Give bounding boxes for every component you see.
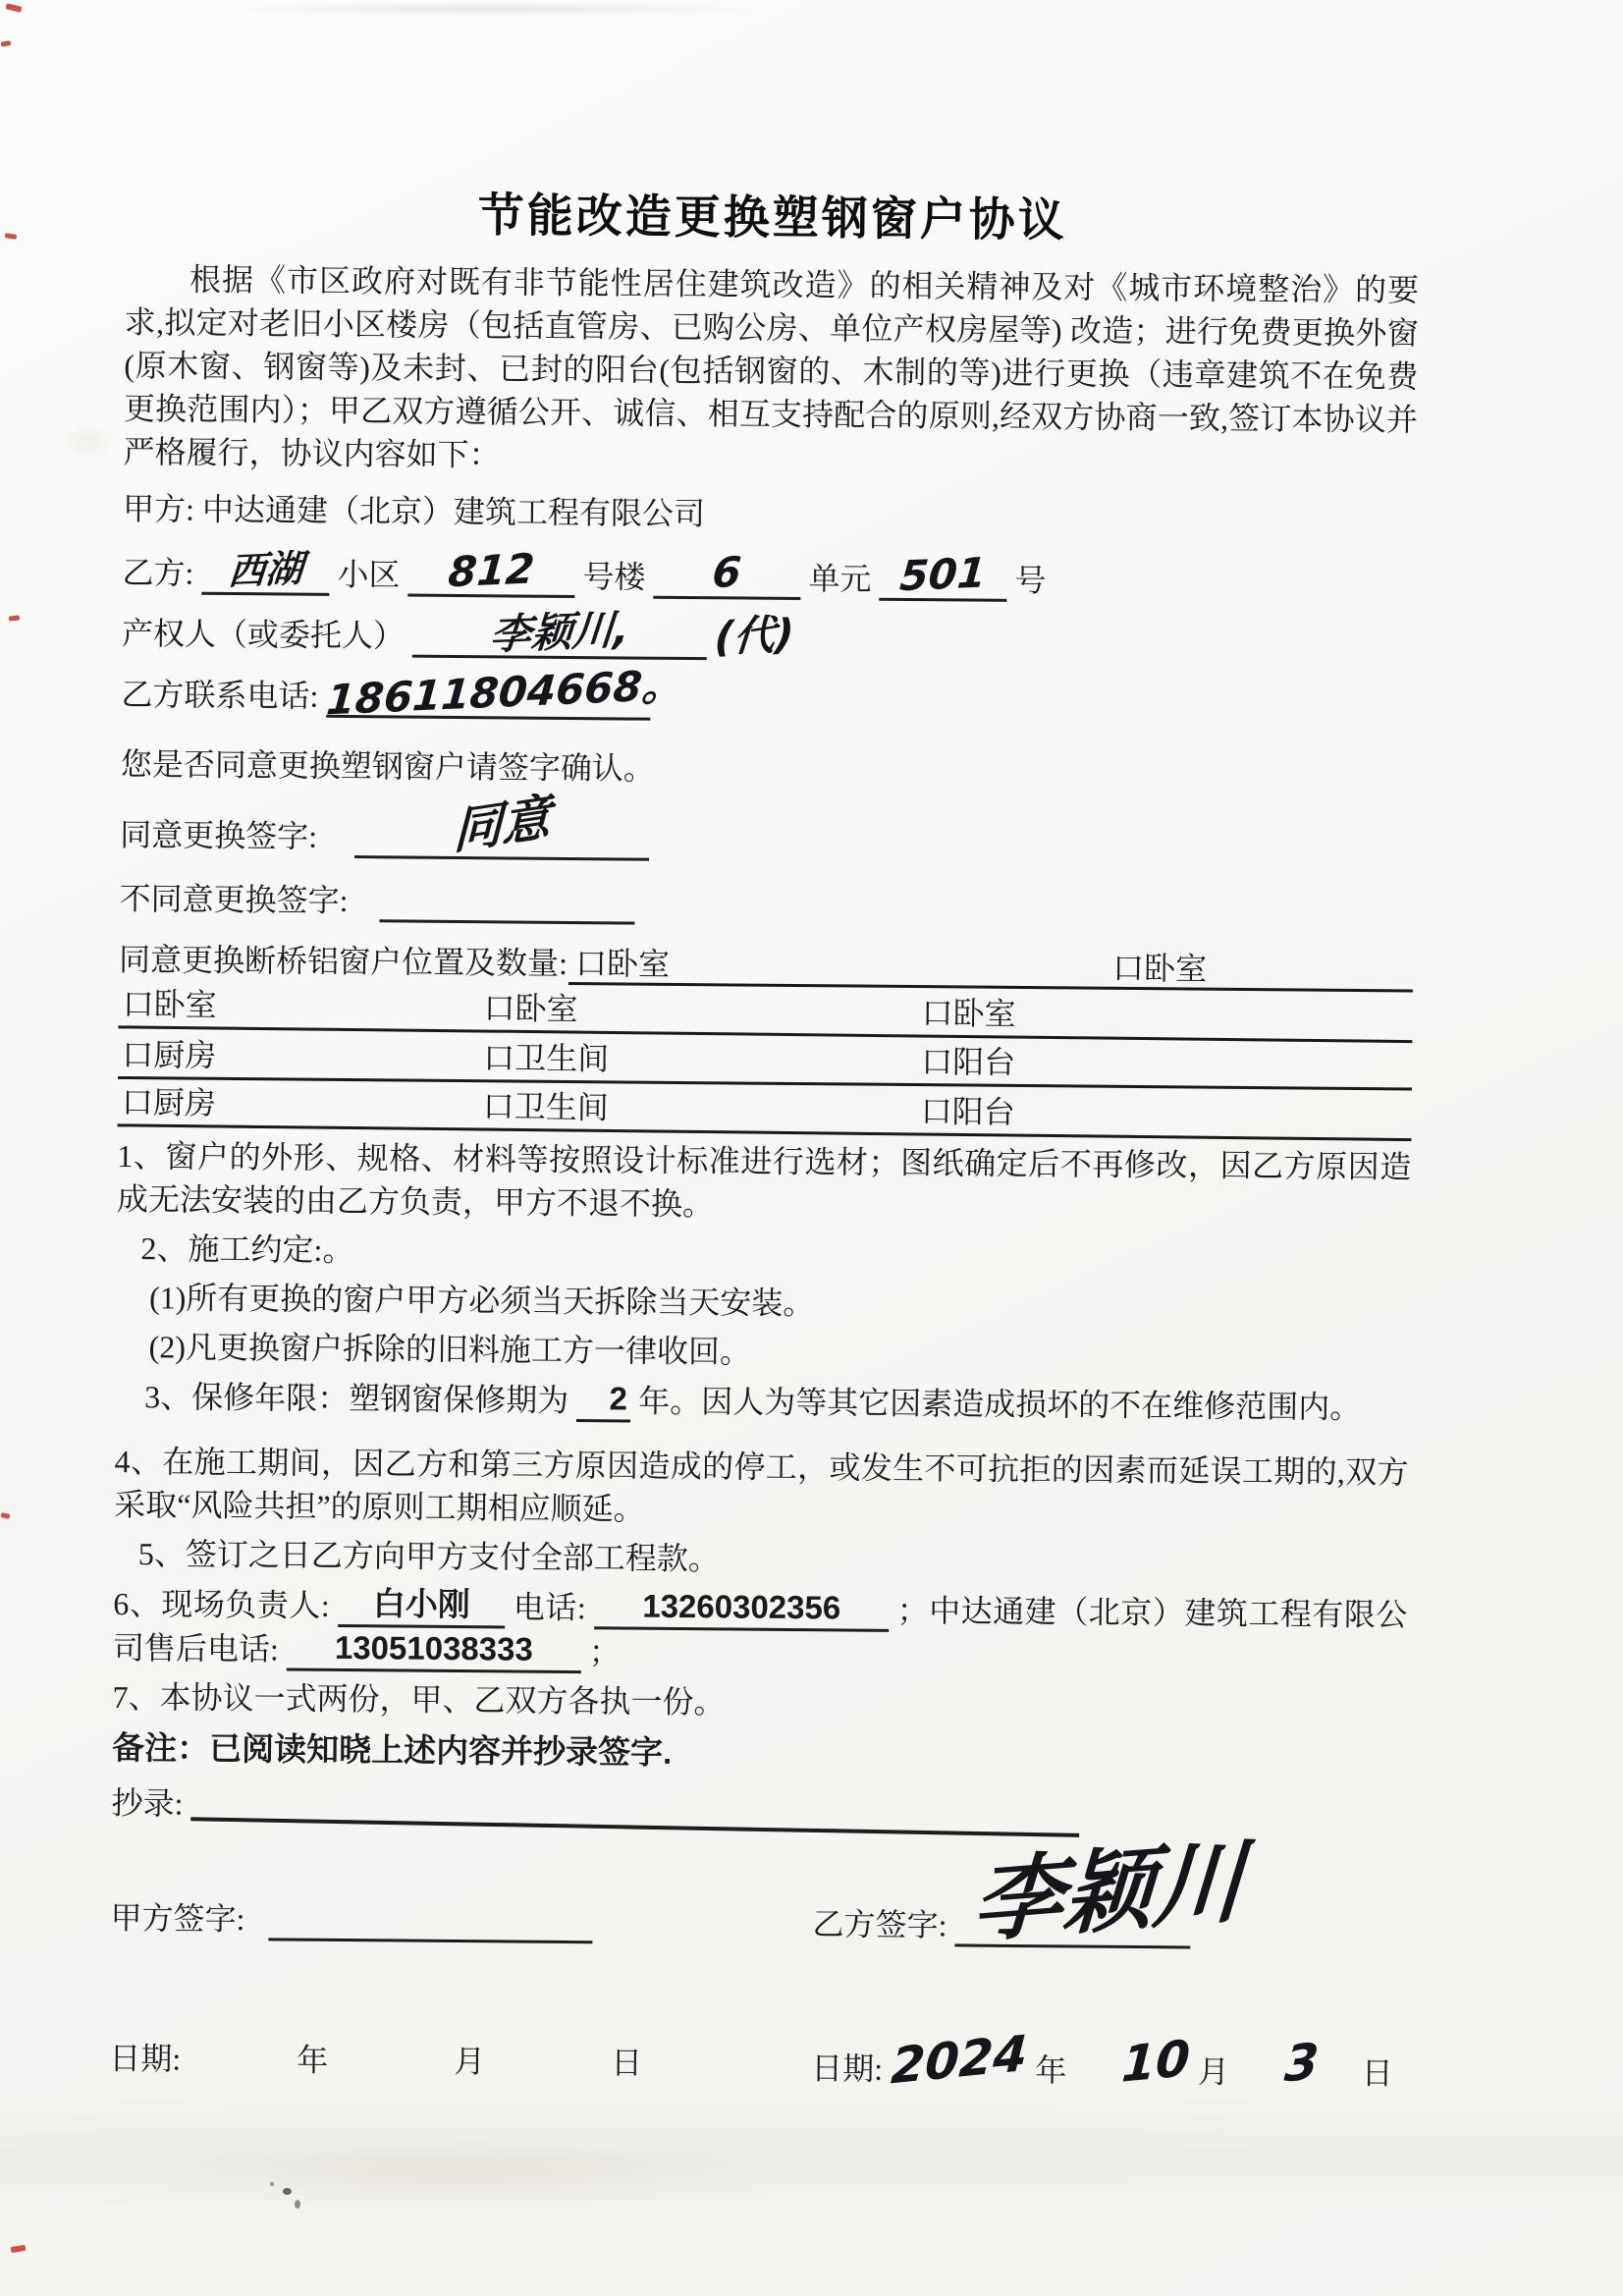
clause-2-2: (2)凡更换窗户拆除的旧料施工方一律收回。 — [148, 1325, 1409, 1379]
clause-6-phone-label: 电话: — [514, 1590, 586, 1626]
clause-6-prefix: 6、现场负责人: — [113, 1586, 330, 1623]
party-a-sign-label: 甲方签字: — [110, 1900, 244, 1937]
owner-note: (代) — [713, 615, 794, 658]
party-b-signature-field: 李颖川 — [954, 1902, 1190, 1948]
clause-5: 5、签订之日乙方向甲方支付全部工程款。 — [114, 1532, 1408, 1587]
clause-3: 3、保修年限：塑钢窗保修期为 2 年。因人为等其它因素造成损坏的不在维修范围内。 — [115, 1374, 1409, 1429]
checkbox-bedroom: 口卧室 — [1112, 947, 1207, 991]
party-a-line: 甲方: 中达通建（北京）建筑工程有限公司 — [123, 487, 1417, 545]
agree-signature: 同意 — [453, 797, 551, 851]
date-b-group: 日期: 2024 年 10 月 3 日 — [811, 2043, 1393, 2095]
site-manager-phone: 13260302356 — [594, 1585, 889, 1632]
date-b-day-value: 3 — [1283, 2042, 1320, 2085]
checkbox-balcony: 口阳台 — [921, 1089, 1016, 1133]
date-b-label: 日期: — [811, 2050, 883, 2087]
checkbox-bathroom: 口卫生间 — [483, 1036, 609, 1080]
owner-field: 李颖川, — [412, 612, 707, 661]
checkbox-bedroom: 口卧室 — [483, 987, 578, 1031]
checkbox-bedroom: 口卧室 — [122, 982, 217, 1026]
date-a-label: 日期: — [109, 2041, 181, 2077]
date-b-month-label: 月 — [1198, 2054, 1229, 2090]
red-edge-mark — [5, 233, 18, 240]
confirm-prompt-line: 您是否同意更换塑钢窗户请签字确认。 — [121, 742, 1415, 800]
ink-speck — [270, 2182, 274, 2186]
clause-7: 7、本协议一式两份，甲、乙双方各执一份。 — [112, 1675, 1406, 1729]
room-field: 501 — [879, 555, 1006, 602]
building-value: 812 — [447, 549, 536, 592]
date-a-day-label: 日 — [611, 2045, 642, 2080]
signature-row: 甲方签字: 乙方签字: 李颖川 — [110, 1895, 1405, 1971]
community-field: 西湖 — [201, 550, 329, 596]
checkbox-kitchen: 口厨房 — [122, 1080, 217, 1124]
phone-line: 乙方联系电话: 18611804668。 — [121, 670, 1415, 728]
room-value: 501 — [898, 553, 988, 596]
agree-signature-field: 同意 — [354, 809, 649, 861]
unit-field: 6 — [653, 553, 800, 600]
clause-4: 4、在施工期间，因乙方和第三方原因造成的停工，或发生不可抗拒的因素而延误工期的,… — [114, 1440, 1409, 1537]
red-edge-mark — [9, 615, 20, 621]
clause-3-prefix: 3、保修年限：塑钢窗保修期为 — [144, 1379, 568, 1418]
warranty-years-value: 2 — [576, 1378, 630, 1422]
clause-1: 1、窗户的外形、规格、材料等按照设计标准进行选材；图纸确定后不再修改，因乙方原因… — [117, 1134, 1412, 1231]
red-edge-mark — [11, 2245, 27, 2253]
party-b-label: 乙方: — [122, 555, 193, 591]
phone-label: 乙方联系电话: — [121, 677, 318, 714]
site-manager-name: 白小刚 — [338, 1583, 505, 1628]
disagree-label: 不同意更换签字: — [119, 881, 348, 918]
party-b-signature: 李颖川 — [970, 1836, 1246, 1948]
room-label: 号 — [1014, 563, 1046, 598]
phone-value: 18611804668。 — [325, 665, 684, 720]
date-a-month-label: 月 — [454, 2044, 485, 2079]
transcribe-line: 抄录: — [111, 1779, 1405, 1837]
paper-smudge — [59, 422, 118, 462]
after-sales-phone: 13051038333 — [287, 1626, 581, 1673]
community-value: 西湖 — [227, 549, 304, 591]
document-content: 节能改造更换塑钢窗户协议 根据《市区政府对既有非节能性居住建筑改造》的相关精神及… — [109, 183, 1420, 2110]
checkbox-balcony: 口阳台 — [921, 1040, 1015, 1084]
checkbox-kitchen: 口厨房 — [122, 1033, 216, 1077]
disagree-signature-field — [379, 878, 634, 924]
date-a-year-label: 年 — [297, 2043, 328, 2078]
owner-name: 李颖川, — [489, 610, 631, 655]
owner-line: 产权人（或委托人） 李颖川, (代) — [122, 609, 1416, 667]
agree-label: 同意更换签字: — [120, 817, 317, 854]
date-b-day-label: 日 — [1362, 2055, 1393, 2091]
transcribe-label: 抄录: — [111, 1785, 183, 1822]
page-title: 节能改造更换塑钢窗户协议 — [125, 183, 1419, 252]
agree-sign-line: 同意更换签字: 同意 — [120, 807, 1414, 867]
scan-noise — [216, 2, 766, 16]
party-a-text: 甲方: 中达通建（北京）建筑工程有限公司 — [123, 491, 705, 531]
building-field: 812 — [407, 551, 574, 598]
clause-2: 2、施工约定:。 — [116, 1227, 1410, 1282]
intro-paragraph: 根据《市区政府对既有非节能性居住建筑改造》的相关精神及对《城市环境整治》的要求,… — [123, 257, 1419, 484]
locations-label: 同意更换断桥铝窗户位置及数量: — [119, 938, 568, 985]
clause-2-1: (1)所有更换的窗户甲方必须当天拆除当天安装。 — [149, 1276, 1410, 1330]
red-edge-mark — [1, 40, 12, 47]
community-label: 小区 — [337, 557, 400, 593]
building-label: 号楼 — [582, 559, 645, 595]
red-edge-mark — [1, 1512, 11, 1519]
checkbox-bedroom: 口卧室 — [921, 991, 1016, 1035]
scanned-document-page: 节能改造更换塑钢窗户协议 根据《市区政府对既有非节能性居住建筑改造》的相关精神及… — [0, 0, 1623, 2296]
confirm-prompt: 您是否同意更换塑钢窗户请签字确认。 — [121, 746, 655, 787]
unit-value: 6 — [711, 553, 742, 593]
paper-smudge — [118, 2141, 805, 2210]
party-b-line: 乙方: 西湖 小区 812 号楼 6 单元 501 号 — [122, 548, 1416, 606]
clause-6-suffix: ； — [589, 1634, 621, 1669]
transcribe-field — [190, 1776, 1080, 1837]
red-edge-mark — [6, 3, 23, 13]
date-b-month-value: 10 — [1120, 2039, 1191, 2085]
party-b-sign-label: 乙方签字: — [812, 1906, 947, 1942]
disagree-sign-line: 不同意更换签字: — [119, 876, 1413, 934]
owner-label: 产权人（或委托人） — [122, 616, 405, 654]
clause-3-suffix: 年。因人为等其它因素造成损坏的不在维修范围内。 — [638, 1384, 1361, 1425]
checkbox-bathroom: 口卫生间 — [483, 1085, 609, 1129]
party-a-signature-field — [268, 1896, 592, 1943]
remark-line: 备注：已阅读知晓上述内容并抄录签字. — [112, 1726, 1406, 1780]
ink-speck — [283, 2188, 292, 2195]
date-b-year-value: 2024 — [890, 2034, 1028, 2087]
phone-field: 18611804668。 — [326, 672, 650, 721]
checkbox-bedroom: 口卧室 — [575, 942, 670, 986]
unit-label: 单元 — [808, 561, 871, 597]
ink-speck — [295, 2200, 300, 2209]
clause-6: 6、现场负责人: 白小刚 电话: 13260302356 ；中达通建（北京）建筑… — [113, 1581, 1408, 1680]
party-b-sign-group: 乙方签字: 李颖川 — [812, 1901, 1190, 1948]
date-b-year-label: 年 — [1035, 2052, 1066, 2088]
